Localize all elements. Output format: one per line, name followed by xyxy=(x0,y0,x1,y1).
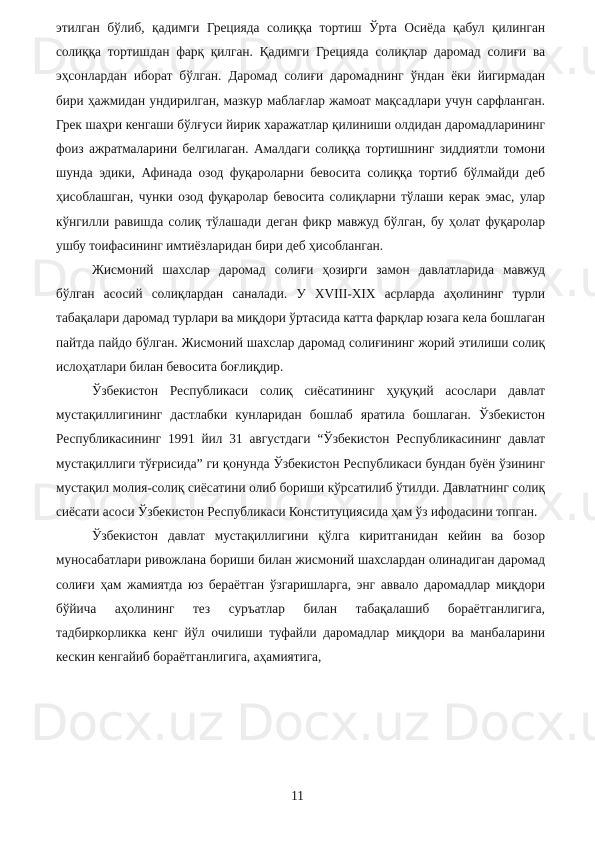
document-page: Docx.uz Docx.uz Docx.uz Docx.uz Docx.uz … xyxy=(0,0,595,842)
paragraph-personal-income-tax: Жисмоний шахслар даромад солиғи ҳозирги … xyxy=(56,258,545,379)
page-number: 11 xyxy=(0,788,595,804)
watermark-text: Docx.uz xyxy=(236,700,429,746)
watermark-row: Docx.uz Docx.uz Docx.uz xyxy=(0,700,595,746)
paragraph-market-relations: Ўзбекистон давлат мустақиллигини қўлга к… xyxy=(56,524,545,669)
watermark-text: Docx.uz xyxy=(442,700,595,746)
watermark-text: Docx.uz xyxy=(30,700,223,746)
document-body: этилган бўлиб, қадимги Грецияда солиққа … xyxy=(56,16,545,669)
paragraph-greece-taxation: этилган бўлиб, қадимги Грецияда солиққа … xyxy=(56,16,545,258)
paragraph-uzbekistan-tax-policy: Ўзбекистон Республикаси солиқ сиёсатинин… xyxy=(56,379,545,524)
